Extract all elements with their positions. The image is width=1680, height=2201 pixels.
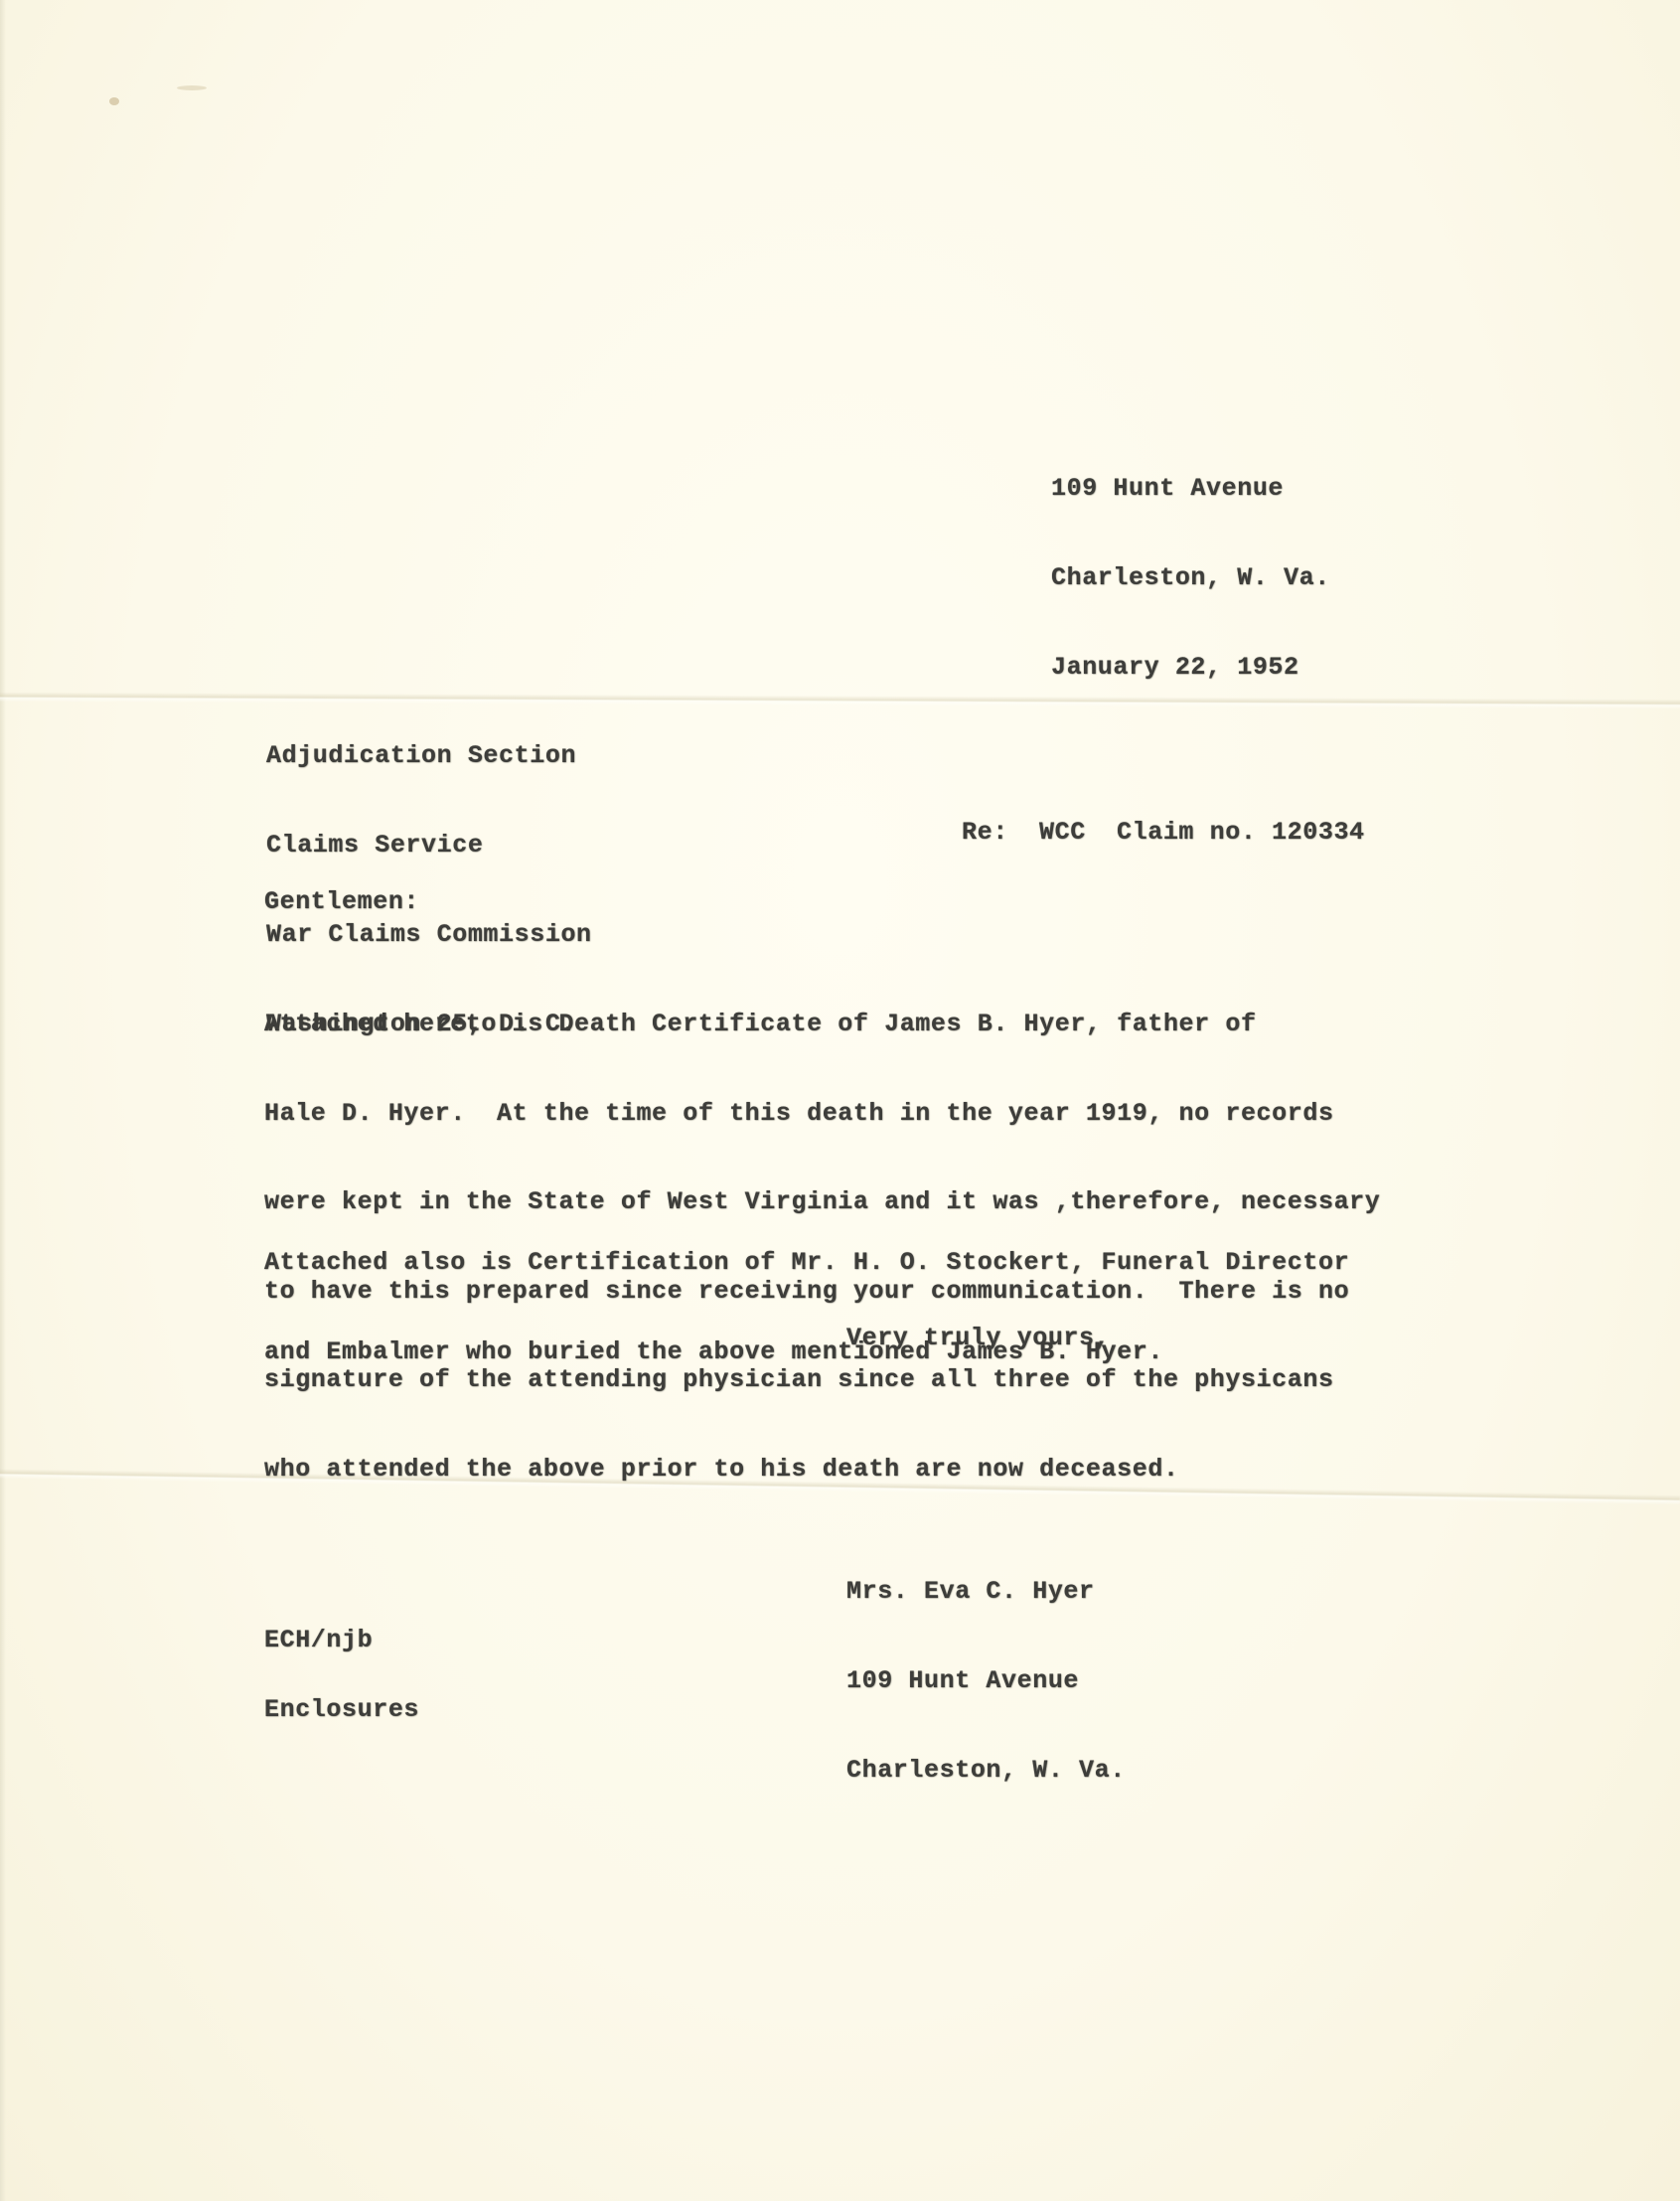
recipient-line: Adjudication Section — [266, 741, 592, 771]
body-paragraph-2: Attached also is Certification of Mr. H.… — [264, 1188, 1349, 1396]
sender-city: Charleston, W. Va. — [1051, 563, 1330, 593]
signer-name: Mrs. Eva C. Hyer — [846, 1577, 1126, 1607]
sender-street: 109 Hunt Avenue — [1051, 474, 1330, 504]
typist-initials: ECH/njb — [264, 1626, 373, 1655]
sender-address: 109 Hunt Avenue Charleston, W. Va. Janua… — [1051, 414, 1330, 712]
signer-city: Charleston, W. Va. — [846, 1756, 1126, 1786]
paper-blemish — [109, 97, 119, 105]
signature-block: Mrs. Eva C. Hyer 109 Hunt Avenue Charles… — [846, 1517, 1126, 1815]
salutation: Gentlemen: — [264, 887, 419, 917]
recipient-line: Claims Service — [266, 831, 592, 861]
enclosures-note: Enclosures — [264, 1695, 419, 1725]
body-line: Hale D. Hyer. At the time of this death … — [264, 1099, 1380, 1129]
body-line: who attended the above prior to his deat… — [264, 1455, 1380, 1485]
reference-line: Re: WCC Claim no. 120334 — [962, 818, 1365, 848]
closing: Very truly yours, — [846, 1324, 1110, 1353]
signer-street: 109 Hunt Avenue — [846, 1666, 1126, 1696]
body-line: and Embalmer who buried the above mentio… — [264, 1337, 1349, 1367]
recipient-line: War Claims Commission — [266, 920, 592, 950]
body-line: Attached hereto is Death Certificate of … — [264, 1010, 1380, 1039]
paper-blemish — [177, 85, 207, 90]
letter-date: January 22, 1952 — [1051, 653, 1330, 683]
paper-edge — [0, 0, 6, 2201]
body-line: Attached also is Certification of Mr. H.… — [264, 1248, 1349, 1278]
